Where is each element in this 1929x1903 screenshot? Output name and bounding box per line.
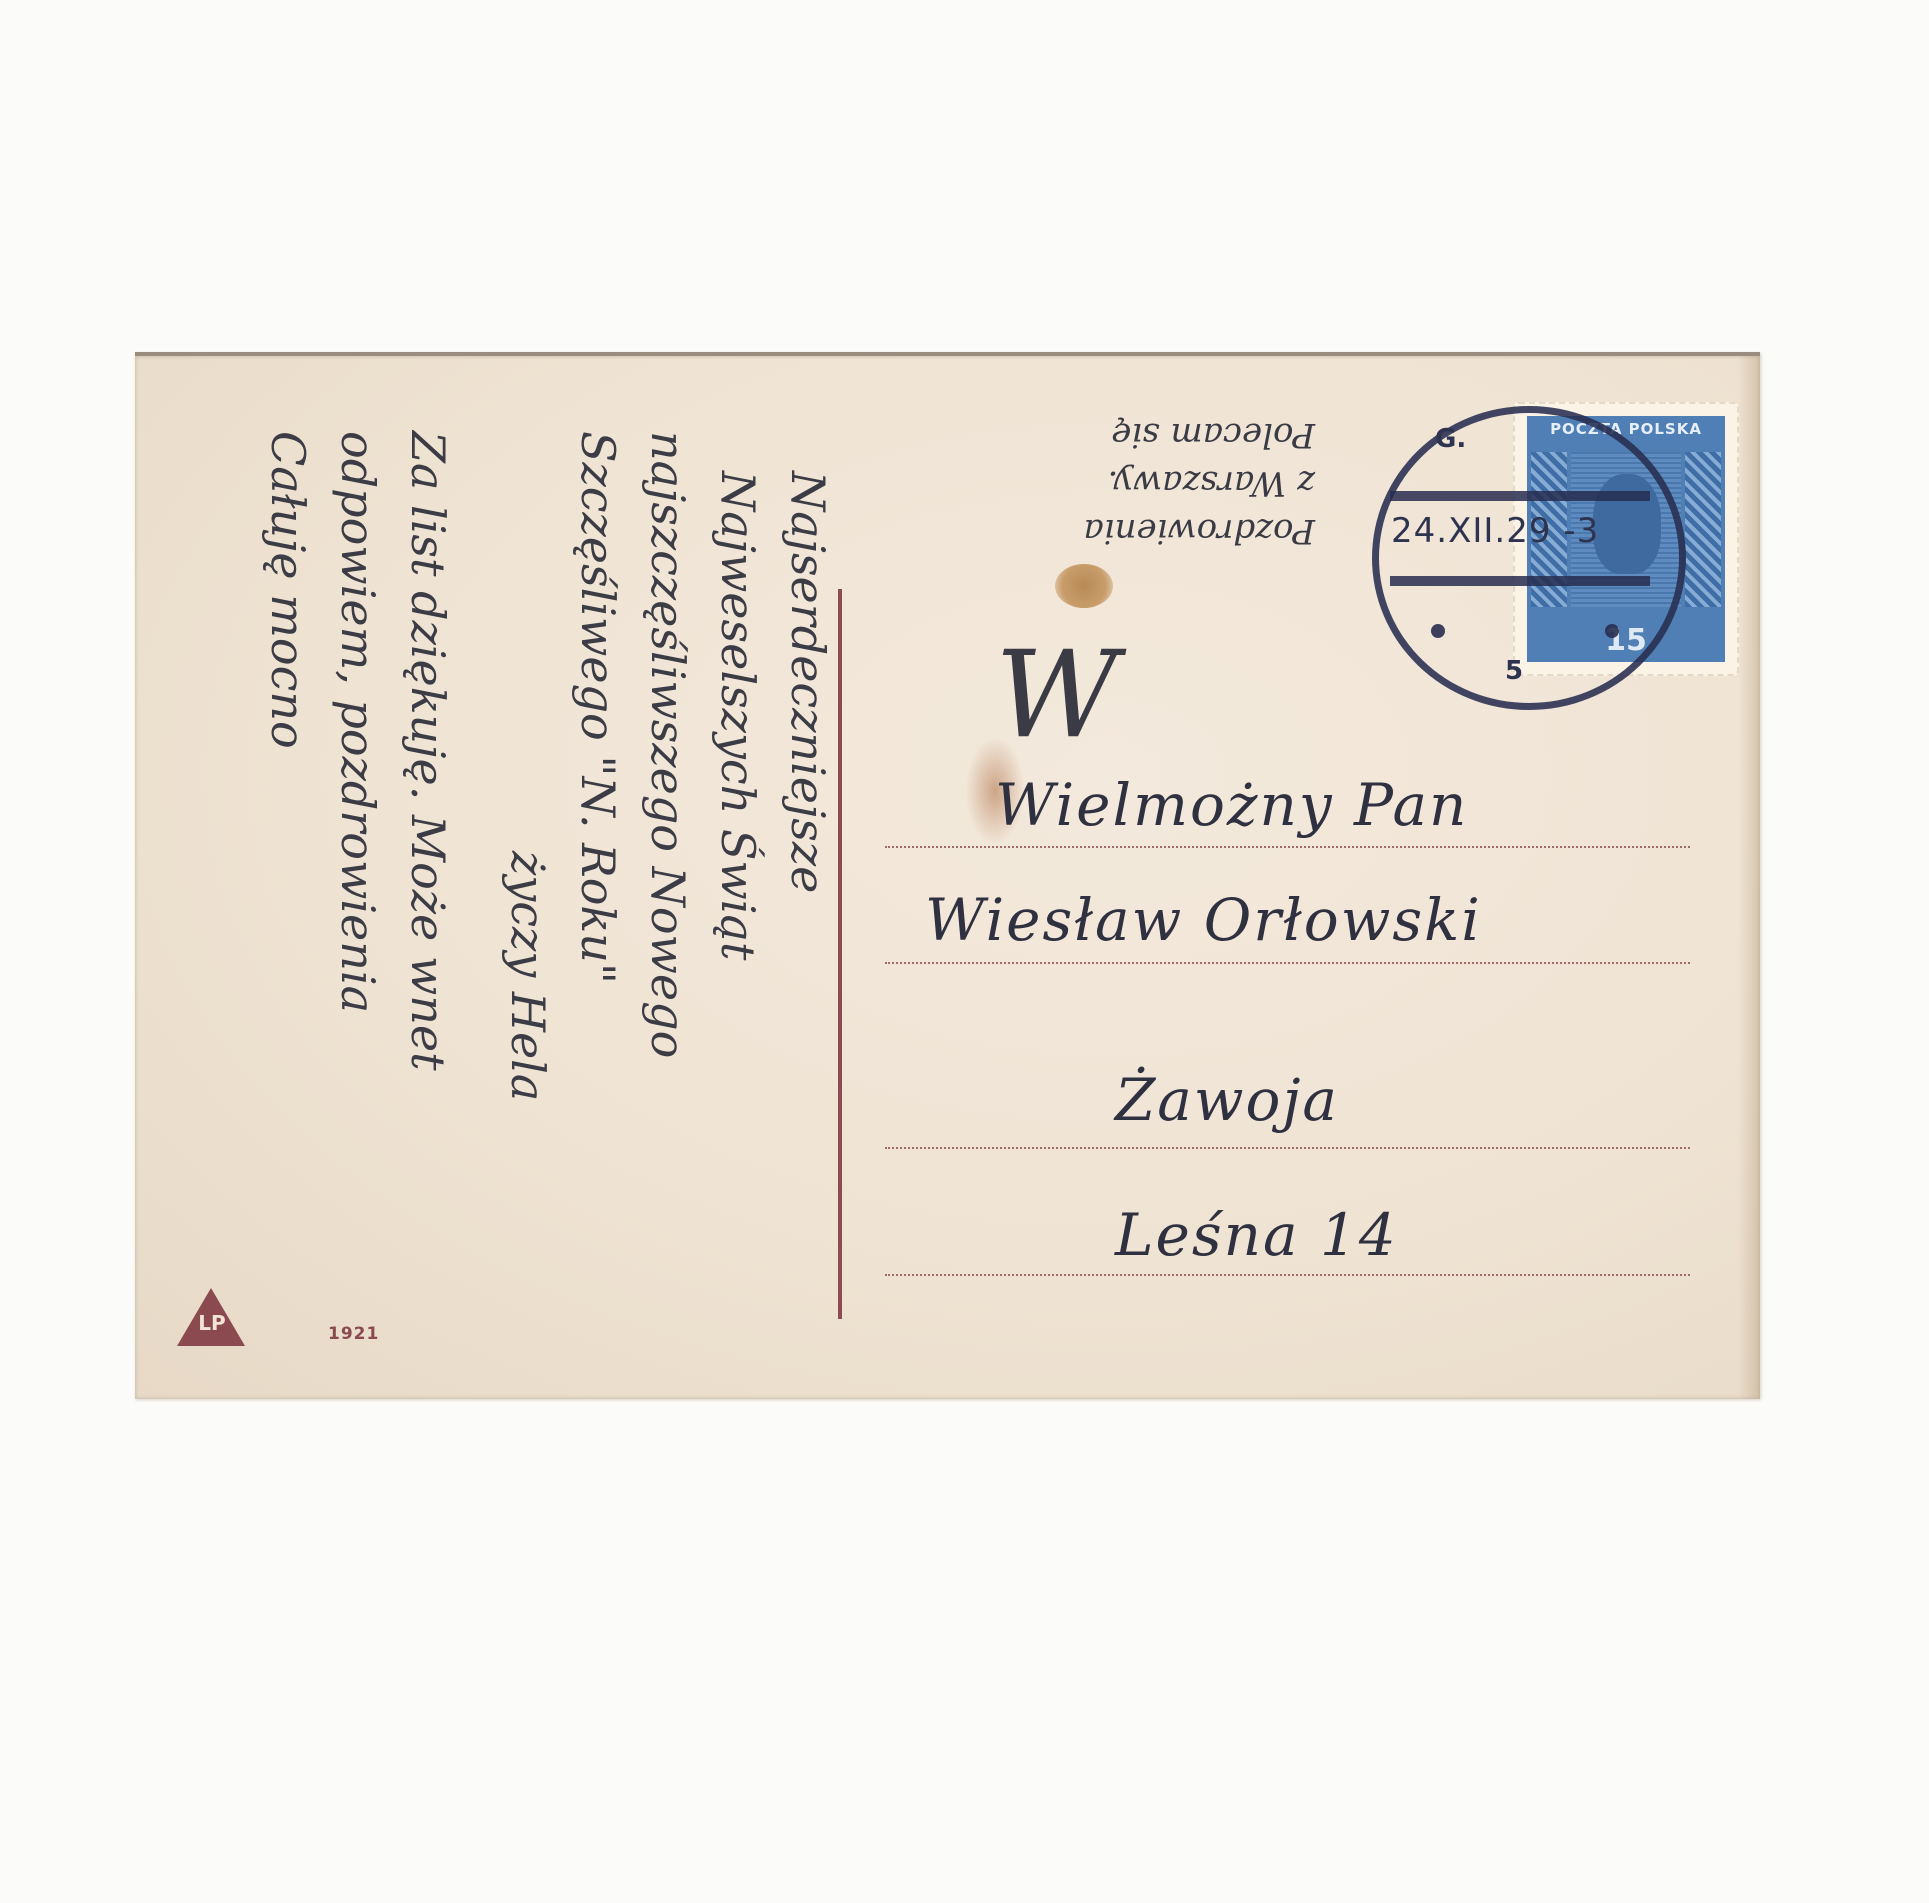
publisher-year: 1921: [328, 1324, 379, 1344]
message-line: Najserdeczniejsze: [781, 471, 835, 893]
note-line: z Warszawy. Polecam się: [975, 411, 1315, 507]
address-line: [885, 962, 1690, 964]
address-line: [885, 1274, 1690, 1276]
postmark-dot: [1431, 624, 1445, 638]
handwritten-message: Najserdeczniejsze Najweselszych Świąt na…: [275, 411, 835, 1451]
message-line: Całuję mocno: [261, 431, 315, 749]
card-divider-line: [838, 589, 842, 1319]
postmark-bar: [1390, 576, 1650, 586]
card-worn-edge: [1738, 356, 1760, 1399]
postmark-bar: [1390, 491, 1650, 501]
message-line: odpowiem, pozdrowienia: [331, 431, 385, 1013]
address-line: [885, 846, 1690, 848]
postcard: Najserdeczniejsze Najweselszych Świąt na…: [135, 352, 1760, 1399]
address-line: [885, 1147, 1690, 1149]
stamp-ornament: [1685, 452, 1721, 607]
upside-down-note: Pozdrowienia z Warszawy. Polecam się: [975, 411, 1315, 555]
postmark-dot: [1605, 624, 1619, 638]
address-salutation: Wielmożny Pan: [995, 771, 1468, 839]
message-line: życzy Hela: [501, 851, 555, 1101]
publisher-logo-text: LP: [190, 1311, 234, 1335]
note-line: Pozdrowienia: [975, 507, 1315, 555]
message-line: Za list dziękuję. Może wnet: [401, 431, 455, 1071]
address-city: Żawoja: [1115, 1066, 1339, 1134]
postmark-top-text: G.: [1435, 424, 1466, 454]
address-name: Wiesław Orłowski: [925, 886, 1482, 954]
address-street: Leśna 14: [1115, 1201, 1398, 1269]
postmark-bottom-text: 5: [1505, 656, 1523, 686]
message-line: Najweselszych Świąt: [711, 471, 765, 960]
postmark-date: 24.XII.29 -3: [1391, 511, 1599, 551]
flourish-w-icon: W: [995, 626, 1120, 765]
postmark-circle: [1372, 406, 1686, 710]
message-line: najszczęśliwszego Nowego: [641, 431, 695, 1058]
ink-stain: [1055, 564, 1113, 608]
message-line: Szczęśliwego "N. Roku": [571, 431, 625, 984]
